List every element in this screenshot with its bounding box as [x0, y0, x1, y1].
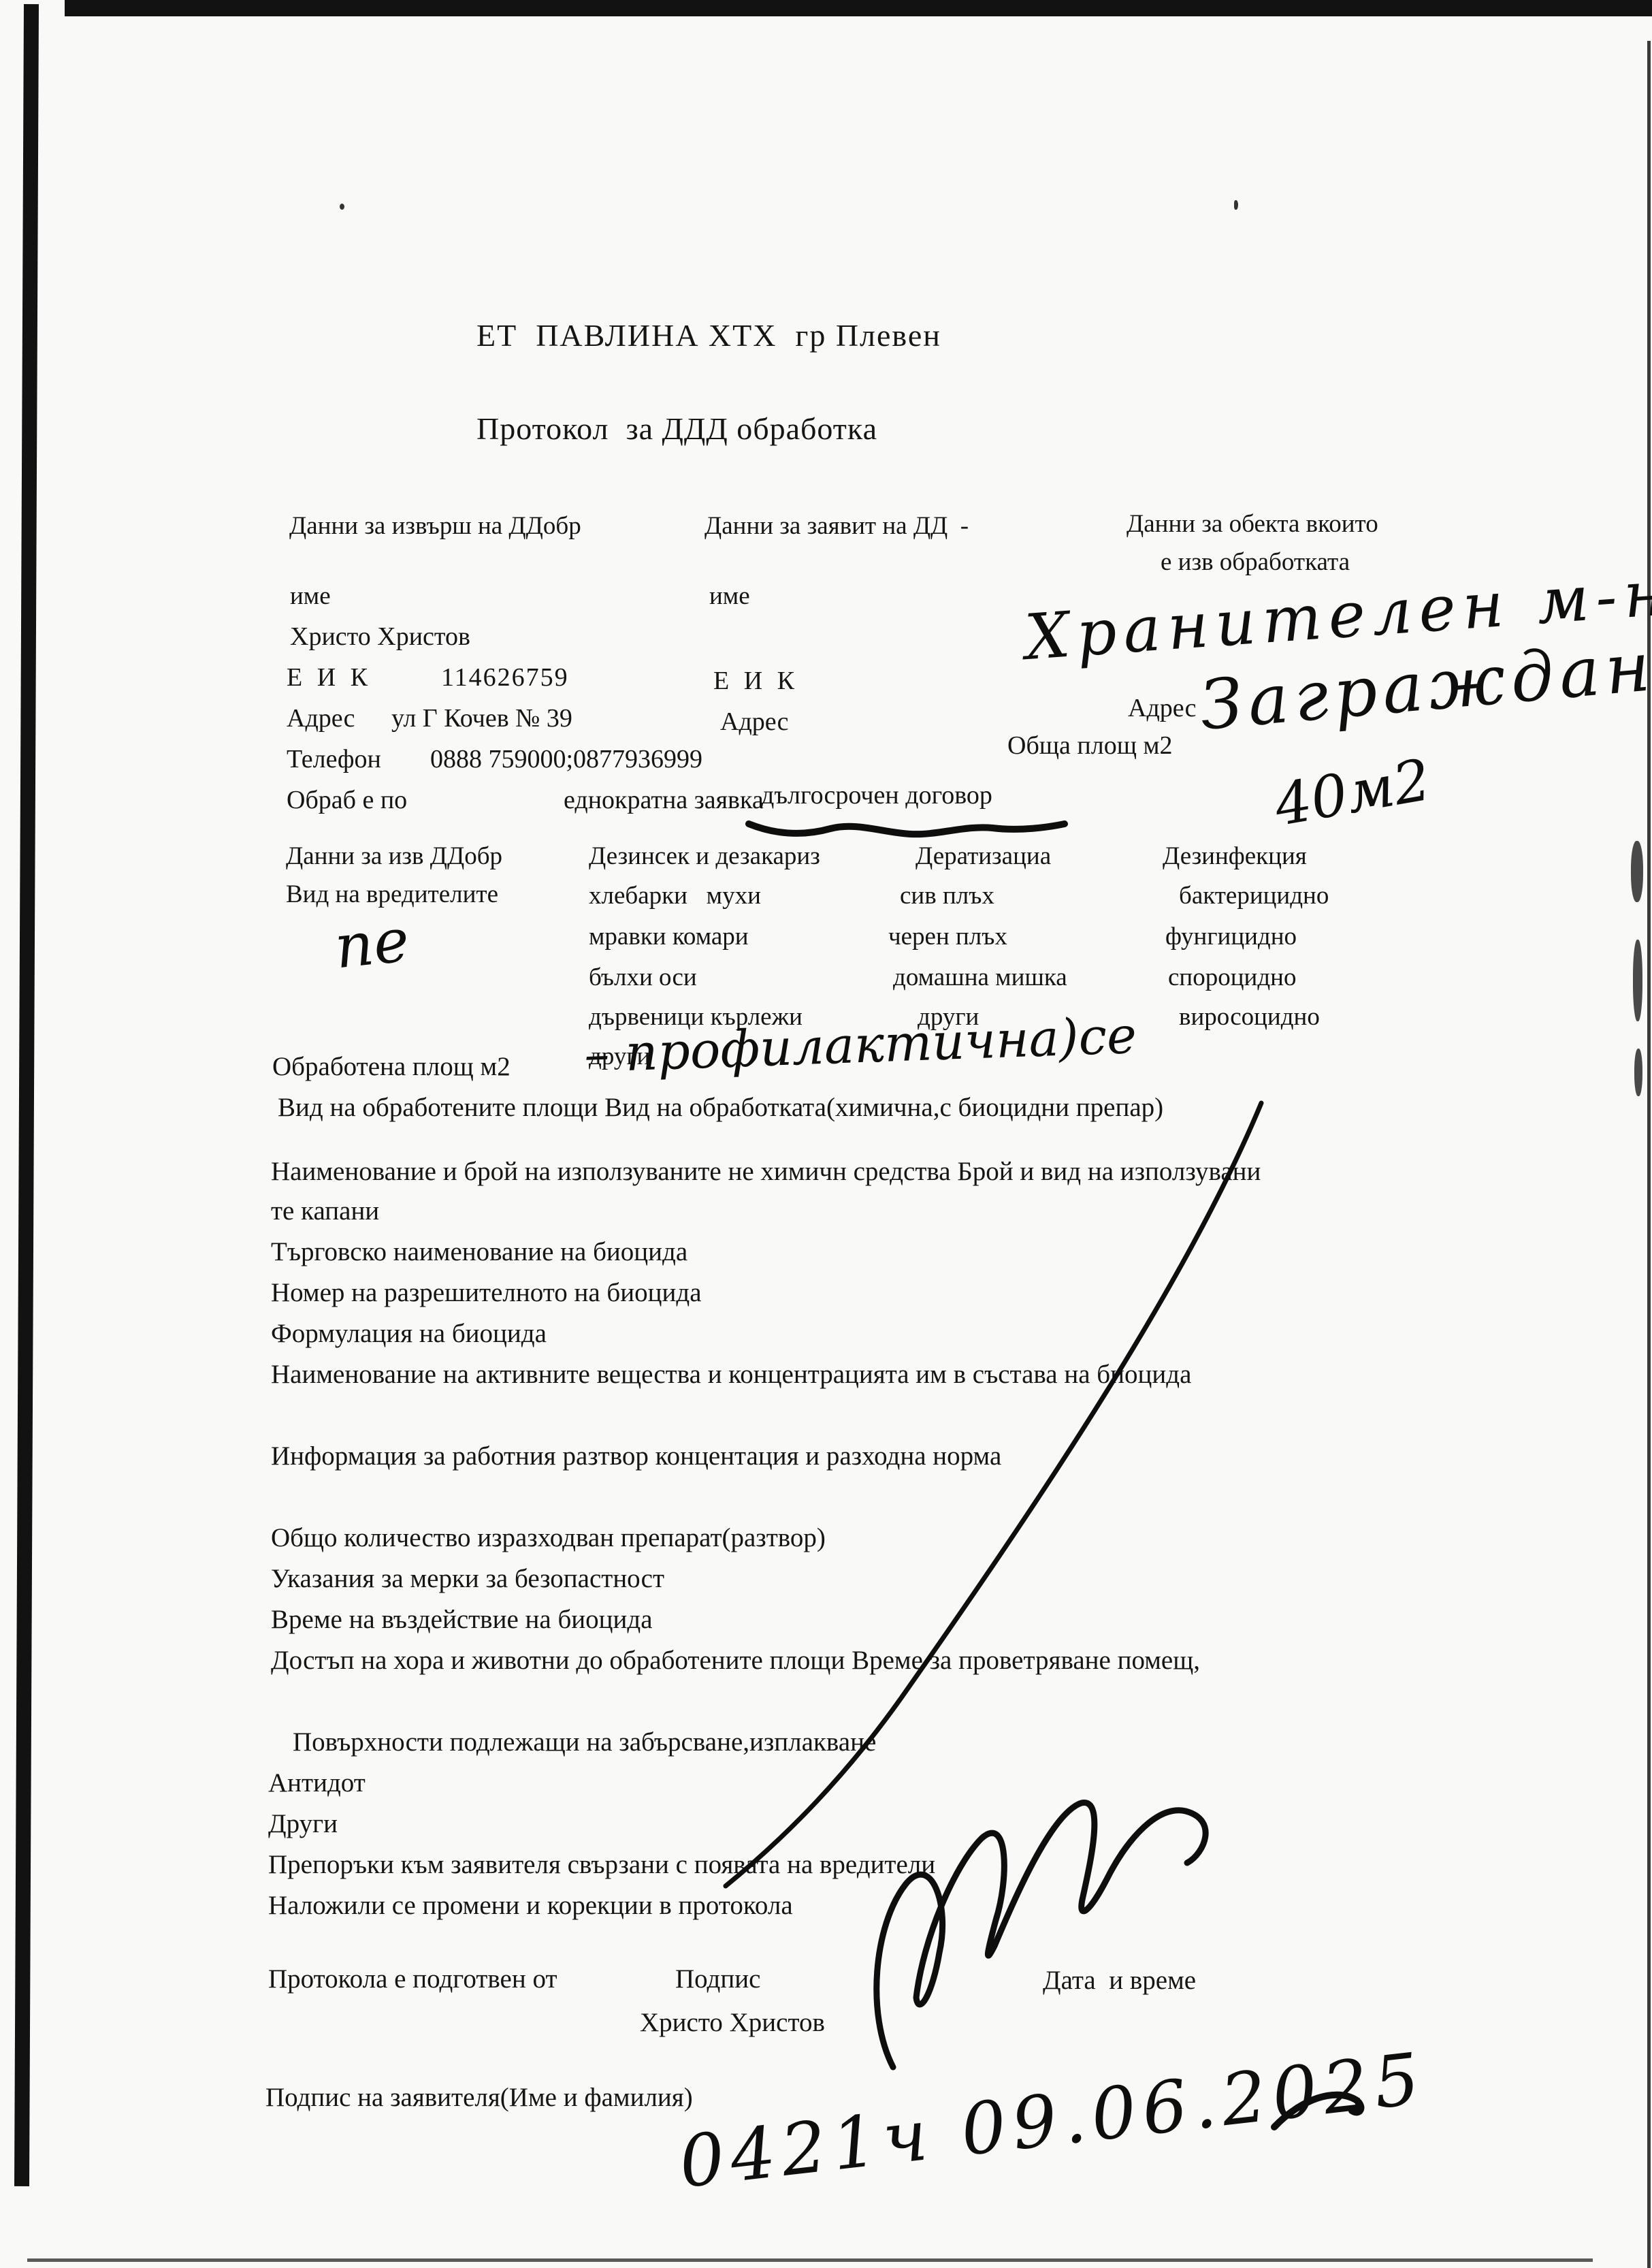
handwriting-site-area: 40м2 [1270, 751, 1434, 835]
scan-speck [340, 204, 344, 210]
deratization-item: черен плъх [888, 923, 1007, 951]
disinfection-item: виросоцидно [1179, 1004, 1320, 1032]
scan-edge-left [14, 4, 39, 2186]
handwriting-pest-note: пе [332, 910, 412, 978]
performer-section-title: Данни за извърш на ДДобр [289, 513, 581, 541]
performer-address-value: ул Г Кочев № 39 [391, 705, 572, 733]
disinfection-item: фунгицидно [1165, 923, 1297, 951]
treatment-option-longterm: дългосрочен договор [761, 782, 992, 810]
body-line: Вид на обработените площи Вид на обработ… [278, 1093, 1163, 1123]
deratization-title: Дератизациа [916, 843, 1051, 871]
performer-name-value: Христо Христов [290, 623, 470, 652]
site-section-title-line1: Данни за обекта вкоито [1127, 511, 1378, 539]
body-line: Повърхности подлежащи на забърсване,изпл… [293, 1728, 876, 1757]
applicant-section-title: Данни за заявит на ДД - [704, 513, 969, 541]
body-line: те капани [271, 1197, 379, 1226]
signature-label: Подпис [675, 1965, 760, 1994]
disinsection-title: Дезинсек и дезакариз [589, 843, 820, 871]
performer-name-label: име [290, 583, 331, 611]
body-line: Наложили се промени и корекции в протоко… [268, 1891, 793, 1921]
datetime-label: Дата и време [1043, 1966, 1196, 1996]
scan-speck [1234, 200, 1238, 210]
body-line: Общо количество изразходван препарат(раз… [271, 1524, 826, 1553]
applicant-name-label: име [709, 583, 750, 611]
performer-phone-value: 0888 759000;0877936999 [430, 746, 702, 774]
body-line: Време на въздействие на биоцида [271, 1606, 653, 1635]
body-line: Номер на разрешителното на биоцида [271, 1279, 702, 1308]
body-line: Информация за работния разтвор концентац… [271, 1442, 1001, 1471]
disinsection-item: мравки комари [589, 923, 749, 951]
scan-edge-bottom [27, 2258, 1593, 2262]
body-line: Антидот [268, 1769, 366, 1798]
site-section-title-line2: е изв обработката [1161, 549, 1350, 577]
disinfection-item: бактерицидно [1179, 882, 1329, 910]
scan-smudge [1633, 940, 1642, 1021]
company-title: ЕТ ПАВЛИНА ХТХ гр Плевен [476, 319, 941, 353]
deratization-item: домашна мишка [893, 964, 1067, 992]
applicant-address-label: Адрес [720, 708, 788, 737]
pest-col-header-line1: Данни за изв ДДобр [286, 843, 502, 871]
performer-eik-label: Е И К [287, 664, 372, 692]
scanned-protocol-page: ЕТ ПАВЛИНА ХТХ гр Плевен Протокол за ДДД… [0, 0, 1652, 2268]
prepared-name: Христо Христов [640, 2009, 825, 2038]
handwriting-date-time: 0421ч 09.06.2025 [676, 2043, 1429, 2198]
treatment-option-single: еднократна заявка [564, 786, 764, 815]
body-line: Наименование на активните вещества и кон… [271, 1360, 1191, 1390]
underline-stroke [749, 824, 1065, 834]
body-line: Формулация на биоцида [271, 1320, 547, 1349]
applicant-eik-label: Е И К [713, 667, 798, 696]
signature-stroke [877, 1803, 1205, 2067]
treatment-mode-label: Обраб е по [287, 786, 407, 815]
applicant-signature-label: Подпис на заявителя(Име и фамилия) [265, 2083, 693, 2113]
body-line: Наименование и брой на използуваните не … [271, 1157, 1261, 1187]
pest-col-header-line2: Вид на вредителите [286, 881, 498, 909]
disinfection-item: спороцидно [1168, 964, 1296, 992]
scan-edge-right [1647, 41, 1651, 2268]
document-title: Протокол за ДДД обработка [476, 412, 877, 447]
body-line: Достъп на хора и животни до обработените… [271, 1646, 1200, 1676]
disinsection-item: хлебарки мухи [589, 882, 761, 910]
disinfection-title: Дезинфекция [1163, 843, 1307, 871]
treated-area-label: Обработена площ м2 [272, 1053, 511, 1082]
site-address-label: Адрес [1128, 694, 1196, 723]
performer-address-label: Адрес [287, 705, 355, 733]
performer-phone-label: Телефон [287, 746, 381, 774]
body-line: Препоръки към заявителя свързани с поява… [268, 1851, 935, 1880]
diagonal-pen-stroke [726, 1103, 1261, 1886]
body-line: Други [268, 1810, 338, 1839]
scan-smudge [1631, 841, 1643, 902]
prepared-by-label: Протокола е подготвен от [268, 1965, 557, 1994]
body-line: Търговско наименование на биоцида [271, 1238, 687, 1267]
performer-eik-value: 114626759 [441, 664, 569, 692]
scan-smudge [1634, 1049, 1642, 1096]
deratization-item: сив плъх [900, 882, 994, 910]
scan-edge-top [65, 0, 1652, 16]
disinsection-item: бълхи оси [589, 964, 697, 992]
body-line: Указания за мерки за безопастност [271, 1565, 664, 1594]
site-area-label: Обща площ м2 [1007, 732, 1173, 761]
